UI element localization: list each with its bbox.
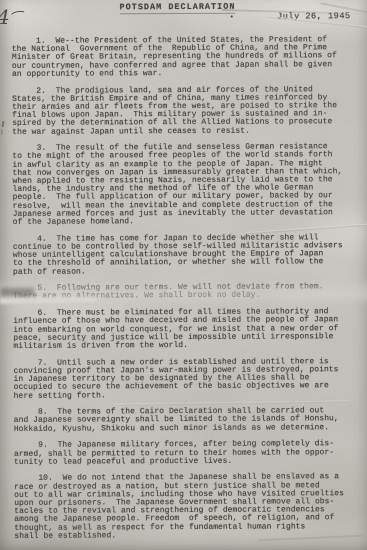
document-title: POTSDAM DECLARATION bbox=[119, 2, 235, 15]
document-date: July 26, 1945 bbox=[277, 11, 351, 21]
paragraph-9: 9. The Japanese military forces, after b… bbox=[14, 440, 355, 466]
paragraph-5: 5. Following are our terms. We will not … bbox=[13, 283, 354, 301]
typed-dot-mark: • bbox=[230, 16, 234, 20]
paragraph-4: 4. The time has come for Japan to decide… bbox=[13, 234, 354, 277]
paragraph-8: 8. The terms of the Cairo Declaration sh… bbox=[14, 407, 355, 433]
scanned-document-page: 4 POTSDAM DECLARATION • July 26, 1945 1.… bbox=[0, 0, 367, 550]
paragraph-7: 7. Until such a new order is established… bbox=[13, 358, 354, 401]
document-body: 1. We--the President of the United State… bbox=[12, 36, 356, 549]
handwritten-page-number: 4 bbox=[0, 5, 10, 29]
paragraph-2: 2. The prodigious land, sea and air forc… bbox=[12, 86, 353, 137]
paragraph-6: 6. There must be eliminated for all time… bbox=[13, 308, 354, 351]
paragraph-3: 3. The result of the futile and senseles… bbox=[12, 143, 353, 227]
paragraph-10: 10. We do not intend that the Japanese s… bbox=[14, 474, 355, 541]
paragraph-1: 1. We--the President of the United State… bbox=[12, 36, 353, 79]
typed-text-layer: POTSDAM DECLARATION • July 26, 1945 1. W… bbox=[0, 0, 367, 550]
